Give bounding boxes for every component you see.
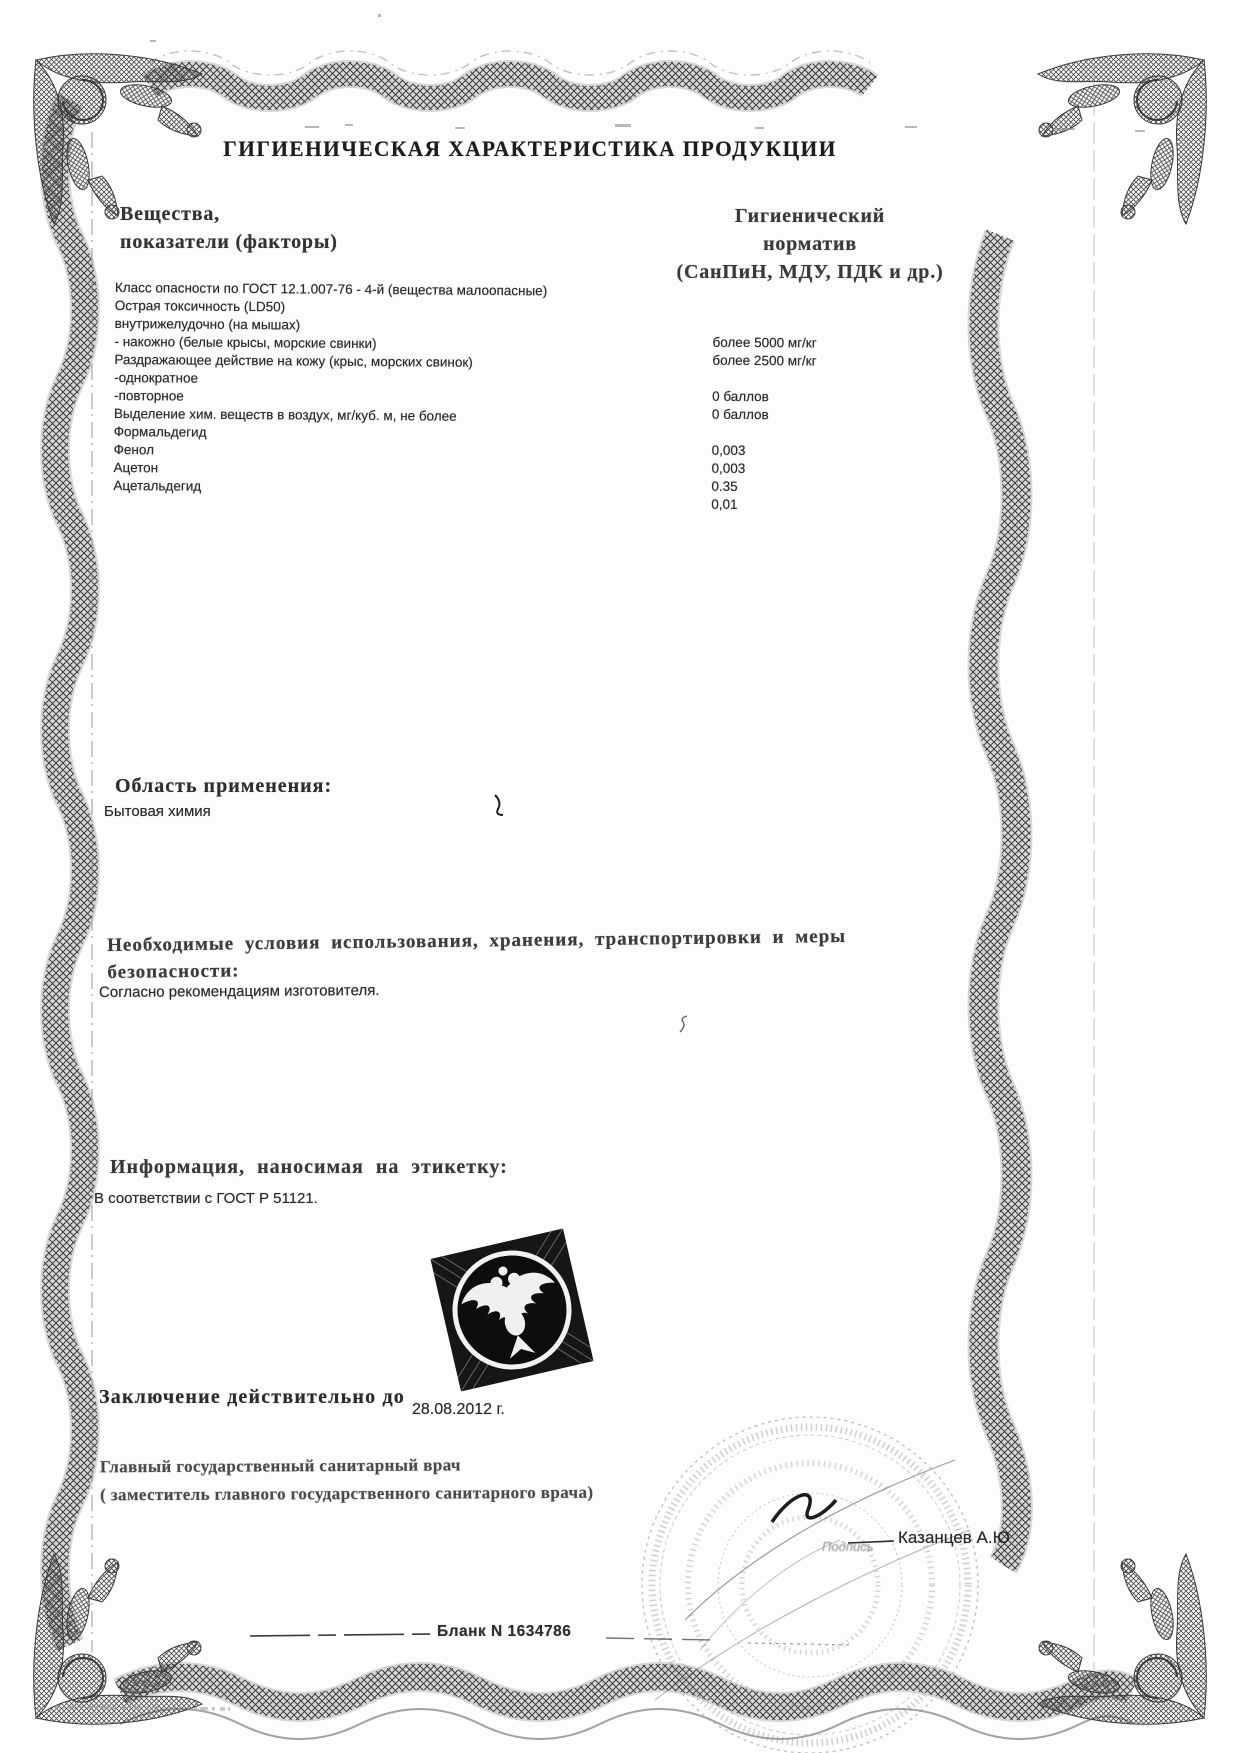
signatory-line2: ( заместитель главного государственного … bbox=[100, 1479, 593, 1510]
column-header-norm-line2: норматив bbox=[615, 230, 1005, 258]
label-info-value: В соответствии с ГОСТ Р 51121. bbox=[94, 1190, 318, 1207]
application-heading: Область применения: bbox=[115, 775, 332, 798]
certificate-page: ГИГИЕНИЧЕСКАЯ ХАРАКТЕРИСТИКА ПРОДУКЦИИ В… bbox=[0, 0, 1240, 1753]
row-value: 0 баллов bbox=[712, 406, 769, 424]
validity-date: 28.08.2012 г. bbox=[412, 1401, 505, 1419]
row-value: более 2500 мг/кг bbox=[712, 352, 816, 371]
column-header-norm-line3: (СанПиН, МДУ, ПДК и др.) bbox=[615, 258, 1005, 286]
row-value: 0,01 bbox=[711, 496, 737, 514]
column-header-norm-line1: Гигиенический bbox=[615, 202, 1005, 230]
characteristics-table: Класс опасности по ГОСТ 12.1.007-76 - 4-… bbox=[113, 279, 1005, 520]
validity-heading: Заключение действительно до bbox=[99, 1386, 405, 1409]
row-value: 0 баллов bbox=[712, 388, 769, 406]
round-stamp bbox=[642, 1417, 978, 1753]
column-header-substances: Вещества, показатели (факторы) bbox=[120, 200, 338, 256]
scan-specks bbox=[150, 14, 1145, 132]
row-value: 0,003 bbox=[711, 460, 745, 478]
hologram-stamp bbox=[416, 1214, 608, 1406]
row-value: 0.35 bbox=[711, 478, 737, 496]
signatory-block: Главный государственный санитарный врач … bbox=[100, 1451, 594, 1510]
row-label bbox=[113, 495, 711, 518]
signature-caption: Подпись bbox=[822, 1539, 874, 1554]
column-header-substances-line2: показатели (факторы) bbox=[120, 228, 338, 256]
label-info-heading: Информация, наносимая на этикетку: bbox=[110, 1156, 508, 1179]
footer-fineprint bbox=[55, 1707, 232, 1714]
page-title: ГИГИЕНИЧЕСКАЯ ХАРАКТЕРИСТИКА ПРОДУКЦИИ bbox=[161, 136, 898, 162]
column-header-norm: Гигиенический норматив (СанПиН, МДУ, ПДК… bbox=[615, 202, 1005, 286]
conditions-value: Согласно рекомендациям изготовителя. bbox=[99, 982, 380, 1001]
row-value: 0,003 bbox=[712, 442, 746, 460]
conditions-heading: Необходимые условия использования, хране… bbox=[107, 921, 968, 986]
blank-number: Бланк N 1634786 bbox=[437, 1623, 571, 1641]
row-value: более 5000 мг/кг bbox=[712, 334, 816, 353]
signatory-name: Казанцев А.Ю bbox=[898, 1528, 1010, 1548]
column-header-substances-line1: Вещества, bbox=[120, 200, 338, 228]
signatory-line1: Главный государственный санитарный врач bbox=[100, 1451, 593, 1482]
signature-scribble bbox=[772, 1495, 836, 1522]
pen-marks bbox=[495, 795, 687, 1032]
application-value: Бытовая химия bbox=[104, 803, 211, 820]
